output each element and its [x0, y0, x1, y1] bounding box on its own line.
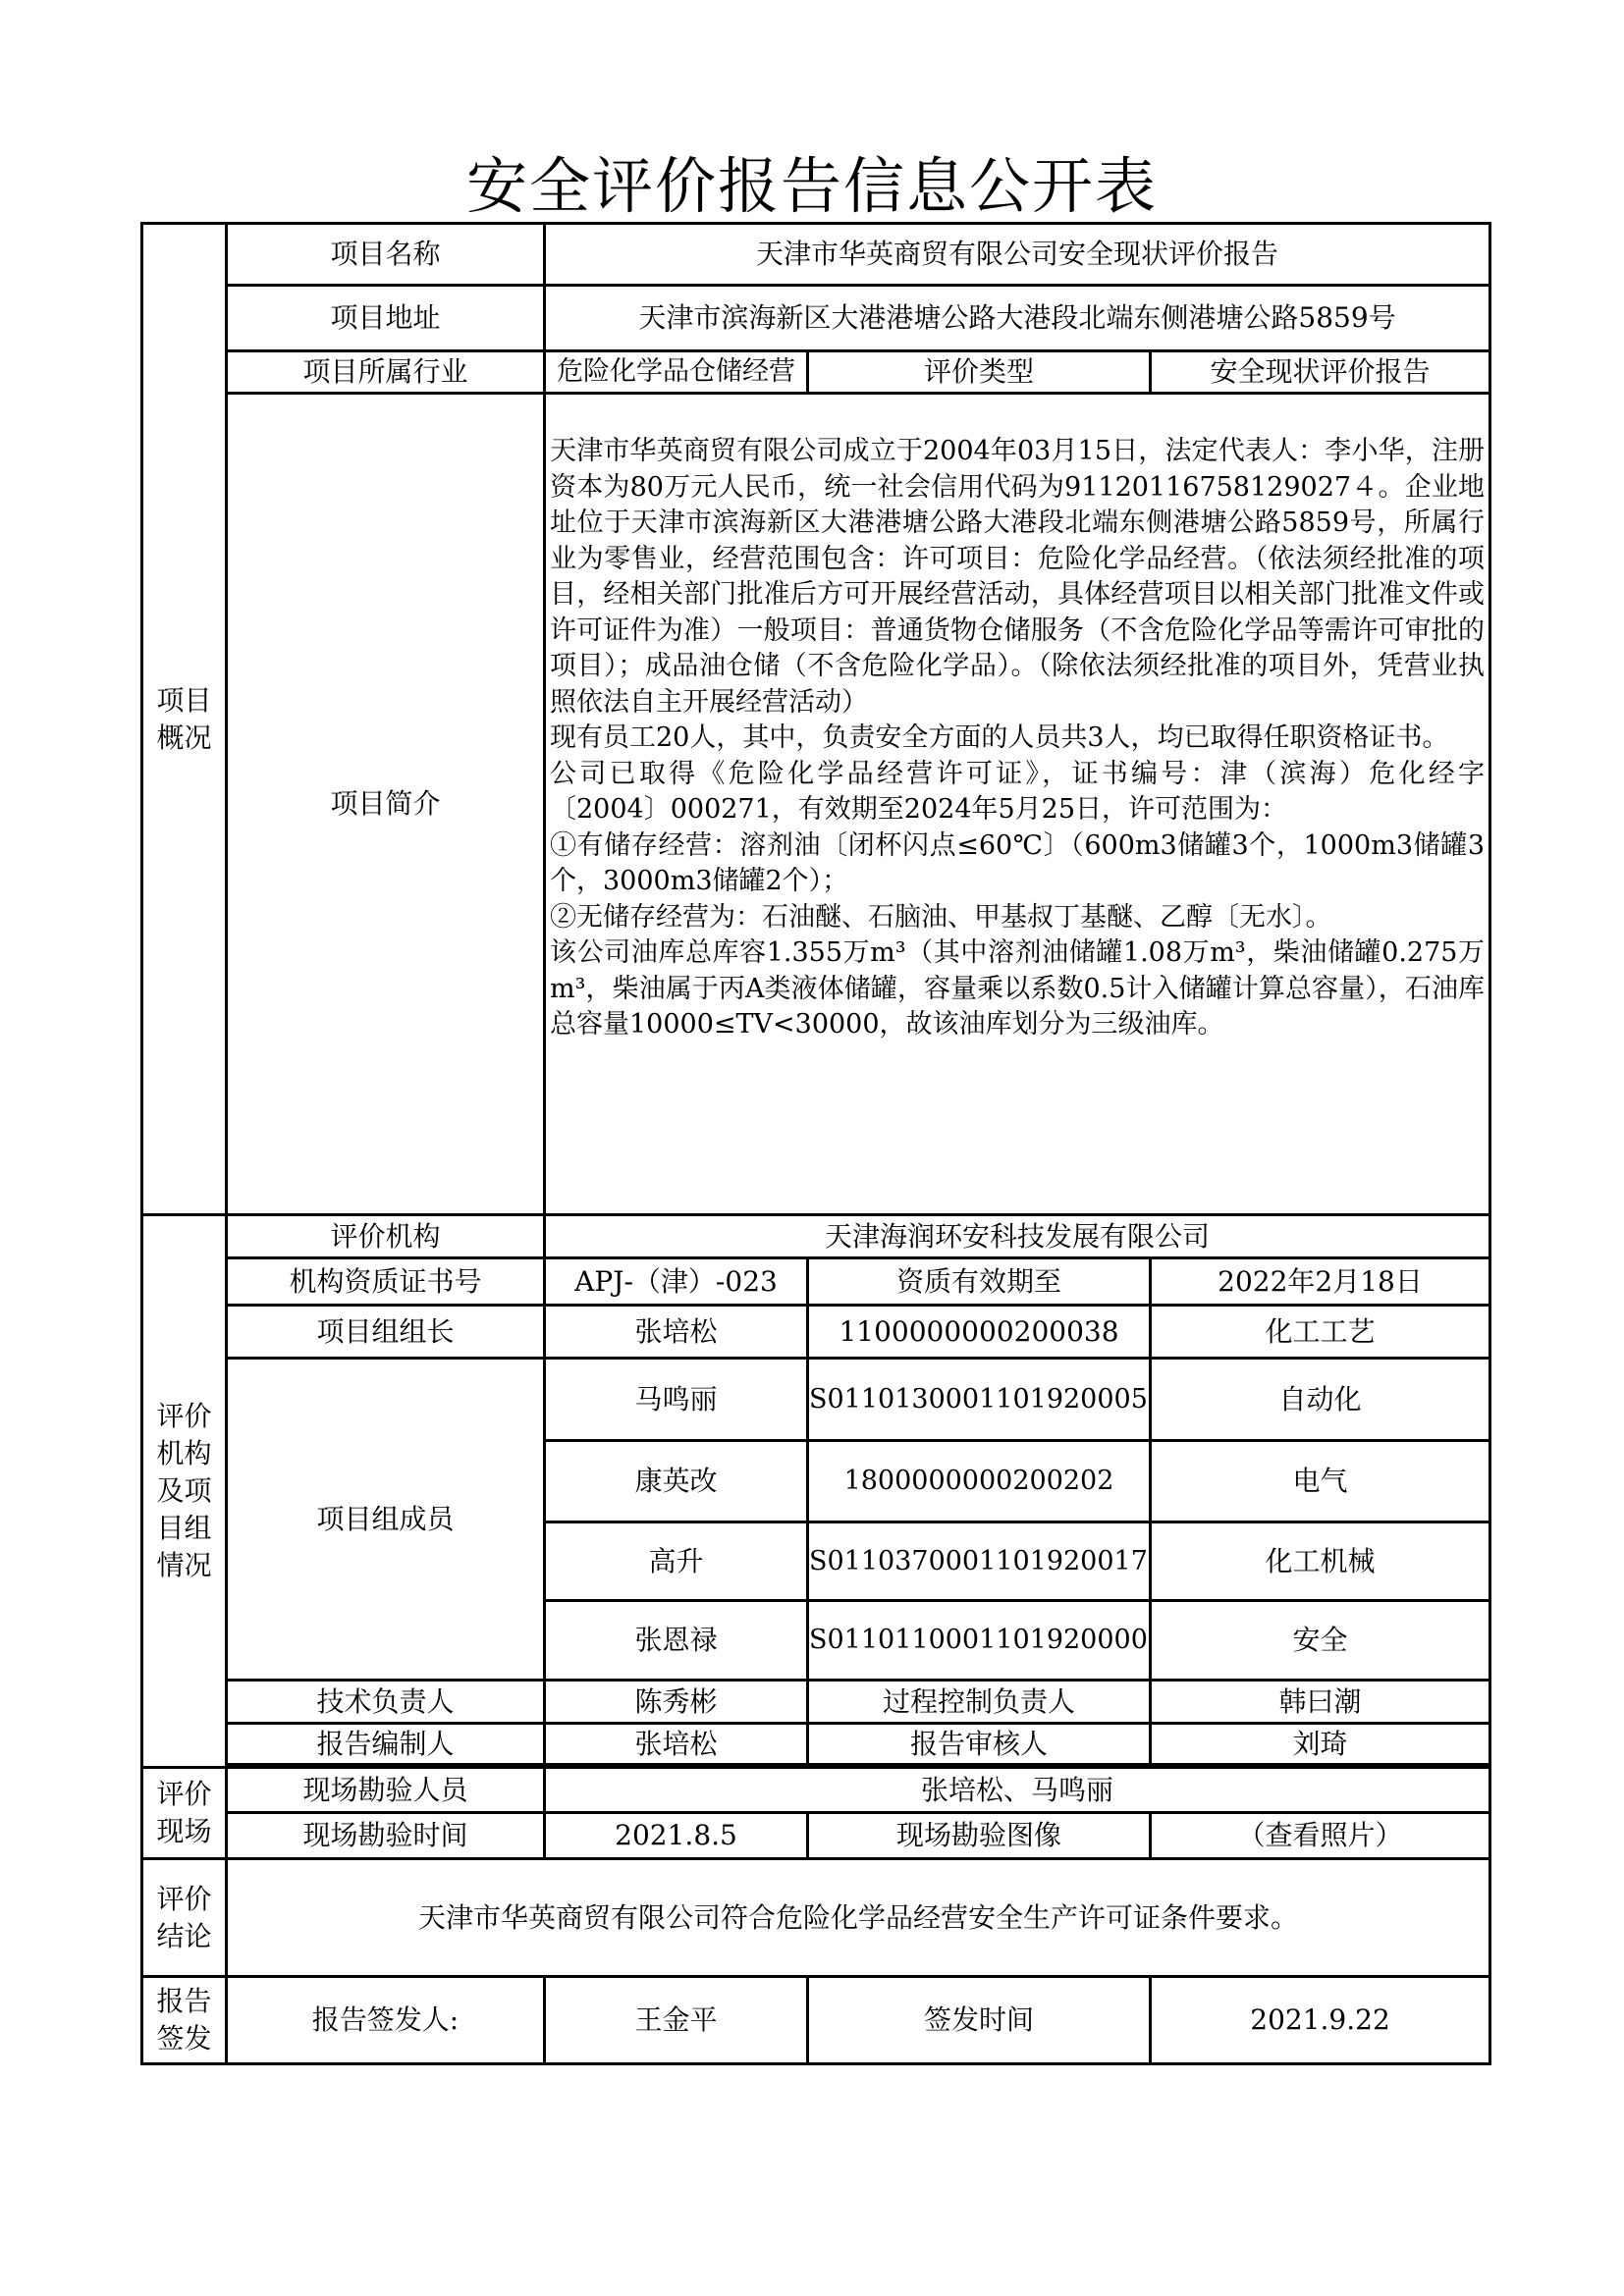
value-process: 韩曰潮 [1151, 1681, 1490, 1724]
label-author: 报告编制人 [227, 1724, 545, 1765]
label-cert: 机构资质证书号 [227, 1258, 545, 1306]
label-eval-type: 评价类型 [808, 351, 1151, 394]
row-industry: 项目所属行业 危险化学品仓储经营 评价类型 安全现状评价报告 [142, 351, 1490, 394]
label-sign-date: 签发时间 [808, 1977, 1151, 2064]
section-overview: 项目概况 [142, 224, 227, 1215]
info-table: 项目概况 项目名称 天津市华英商贸有限公司安全现状评价报告 项目地址 天津市滨海… [140, 222, 1491, 2065]
value-industry: 危险化学品仓储经营 [545, 351, 808, 394]
label-site-image: 现场勘验图像 [808, 1813, 1151, 1859]
leader-name: 张培松 [545, 1306, 808, 1359]
row-agency: 评价机构及项目组情况 评价机构 天津海润环安科技发展有限公司 [142, 1215, 1490, 1258]
value-site-time: 2021.8.5 [545, 1813, 808, 1859]
row-author: 报告编制人 张培松 报告审核人 刘琦 [142, 1724, 1490, 1765]
label-tech: 技术负责人 [227, 1681, 545, 1724]
section-agency: 评价机构及项目组情况 [142, 1215, 227, 1768]
member-cert: S011013000110192000579 [808, 1359, 1151, 1441]
leader-cert: 1100000000200038 [808, 1306, 1151, 1359]
value-signer: 王金平 [545, 1977, 808, 2064]
label-project-name: 项目名称 [227, 224, 545, 286]
member-field: 安全 [1151, 1601, 1490, 1681]
view-photos-link[interactable]: （查看照片） [1151, 1813, 1490, 1859]
member-field: 电气 [1151, 1441, 1490, 1522]
row-intro: 项目简介 天津市华英商贸有限公司成立于2004年03月15日，法定代表人：李小华… [142, 394, 1490, 1215]
intro-paragraph: 天津市华英商贸有限公司成立于2004年03月15日，法定代表人：李小华，注册资本… [550, 434, 1485, 721]
member-name: 张恩禄 [545, 1601, 808, 1681]
label-industry: 项目所属行业 [227, 351, 545, 394]
row-conclusion: 评价结论 天津市华英商贸有限公司符合危险化学品经营安全生产许可证条件要求。 [142, 1859, 1490, 1977]
page-title: 安全评价报告信息公开表 [0, 147, 1624, 226]
member-cert: S011037000110192001754 [808, 1522, 1151, 1601]
label-intro: 项目简介 [227, 394, 545, 1215]
row-site-time: 现场勘验时间 2021.8.5 现场勘验图像 （查看照片） [142, 1813, 1490, 1859]
row-cert: 机构资质证书号 APJ-（津）-023 资质有效期至 2022年2月18日 [142, 1258, 1490, 1306]
label-process: 过程控制负责人 [808, 1681, 1151, 1724]
value-cert: APJ-（津）-023 [545, 1258, 808, 1306]
member-name: 康英改 [545, 1441, 808, 1522]
section-site: 评价现场 [142, 1768, 227, 1859]
label-site-staff: 现场勘验人员 [227, 1768, 545, 1813]
intro-paragraph: ②无储存经营为：石油醚、石脑油、甲基叔丁基醚、乙醇〔无水〕。 [550, 900, 1485, 936]
intro-paragraph: 公司已取得《危险化学品经营许可证》，证书编号：津（滨海）危化经字〔2004〕00… [550, 757, 1485, 828]
intro-paragraph: 现有员工20人，其中，负责安全方面的人员共3人，均已取得任职资格证书。 [550, 721, 1485, 757]
intro-paragraph: ①有储存经营：溶剂油〔闭杯闪点≤60℃〕（600m3储罐3个，1000m3储罐3… [550, 828, 1485, 900]
row-leader: 项目组组长 张培松 1100000000200038 化工工艺 [142, 1306, 1490, 1359]
value-reviewer: 刘琦 [1151, 1724, 1490, 1765]
label-leader: 项目组组长 [227, 1306, 545, 1359]
value-intro: 天津市华英商贸有限公司成立于2004年03月15日，法定代表人：李小华，注册资本… [545, 394, 1490, 1215]
member-cert: 1800000000200202 [808, 1441, 1151, 1522]
value-eval-type: 安全现状评价报告 [1151, 351, 1490, 394]
label-site-time: 现场勘验时间 [227, 1813, 545, 1859]
section-conclusion: 评价结论 [142, 1859, 227, 1977]
intro-paragraph: 该公司油库总库容1.355万m³（其中溶剂油储罐1.08万m³，柴油储罐0.27… [550, 935, 1485, 1043]
member-field: 自动化 [1151, 1359, 1490, 1441]
value-agency: 天津海润环安科技发展有限公司 [545, 1215, 1490, 1258]
member-row: 项目组成员 马鸣丽 S011013000110192000579 自动化 [142, 1359, 1490, 1441]
label-valid: 资质有效期至 [808, 1258, 1151, 1306]
label-agency: 评价机构 [227, 1215, 545, 1258]
leader-field: 化工工艺 [1151, 1306, 1490, 1359]
label-reviewer: 报告审核人 [808, 1724, 1151, 1765]
member-field: 化工机械 [1151, 1522, 1490, 1601]
row-tech: 技术负责人 陈秀彬 过程控制负责人 韩曰潮 [142, 1681, 1490, 1724]
row-project-name: 项目概况 项目名称 天津市华英商贸有限公司安全现状评价报告 [142, 224, 1490, 286]
value-author: 张培松 [545, 1724, 808, 1765]
section-signoff: 报告签发 [142, 1977, 227, 2064]
member-cert: S011011000110192000019 [808, 1601, 1151, 1681]
member-name: 高升 [545, 1522, 808, 1601]
member-name: 马鸣丽 [545, 1359, 808, 1441]
label-project-address: 项目地址 [227, 286, 545, 351]
value-sign-date: 2021.9.22 [1151, 1977, 1490, 2064]
row-site-staff: 评价现场 现场勘验人员 张培松、马鸣丽 [142, 1768, 1490, 1813]
value-tech: 陈秀彬 [545, 1681, 808, 1724]
row-signoff: 报告签发 报告签发人: 王金平 签发时间 2021.9.22 [142, 1977, 1490, 2064]
label-members: 项目组成员 [227, 1359, 545, 1681]
value-valid: 2022年2月18日 [1151, 1258, 1490, 1306]
label-signer: 报告签发人: [227, 1977, 545, 2064]
row-project-address: 项目地址 天津市滨海新区大港港塘公路大港段北端东侧港塘公路5859号 [142, 286, 1490, 351]
value-project-name: 天津市华英商贸有限公司安全现状评价报告 [545, 224, 1490, 286]
value-project-address: 天津市滨海新区大港港塘公路大港段北端东侧港塘公路5859号 [545, 286, 1490, 351]
value-site-staff: 张培松、马鸣丽 [545, 1768, 1490, 1813]
value-conclusion: 天津市华英商贸有限公司符合危险化学品经营安全生产许可证条件要求。 [227, 1859, 1490, 1977]
